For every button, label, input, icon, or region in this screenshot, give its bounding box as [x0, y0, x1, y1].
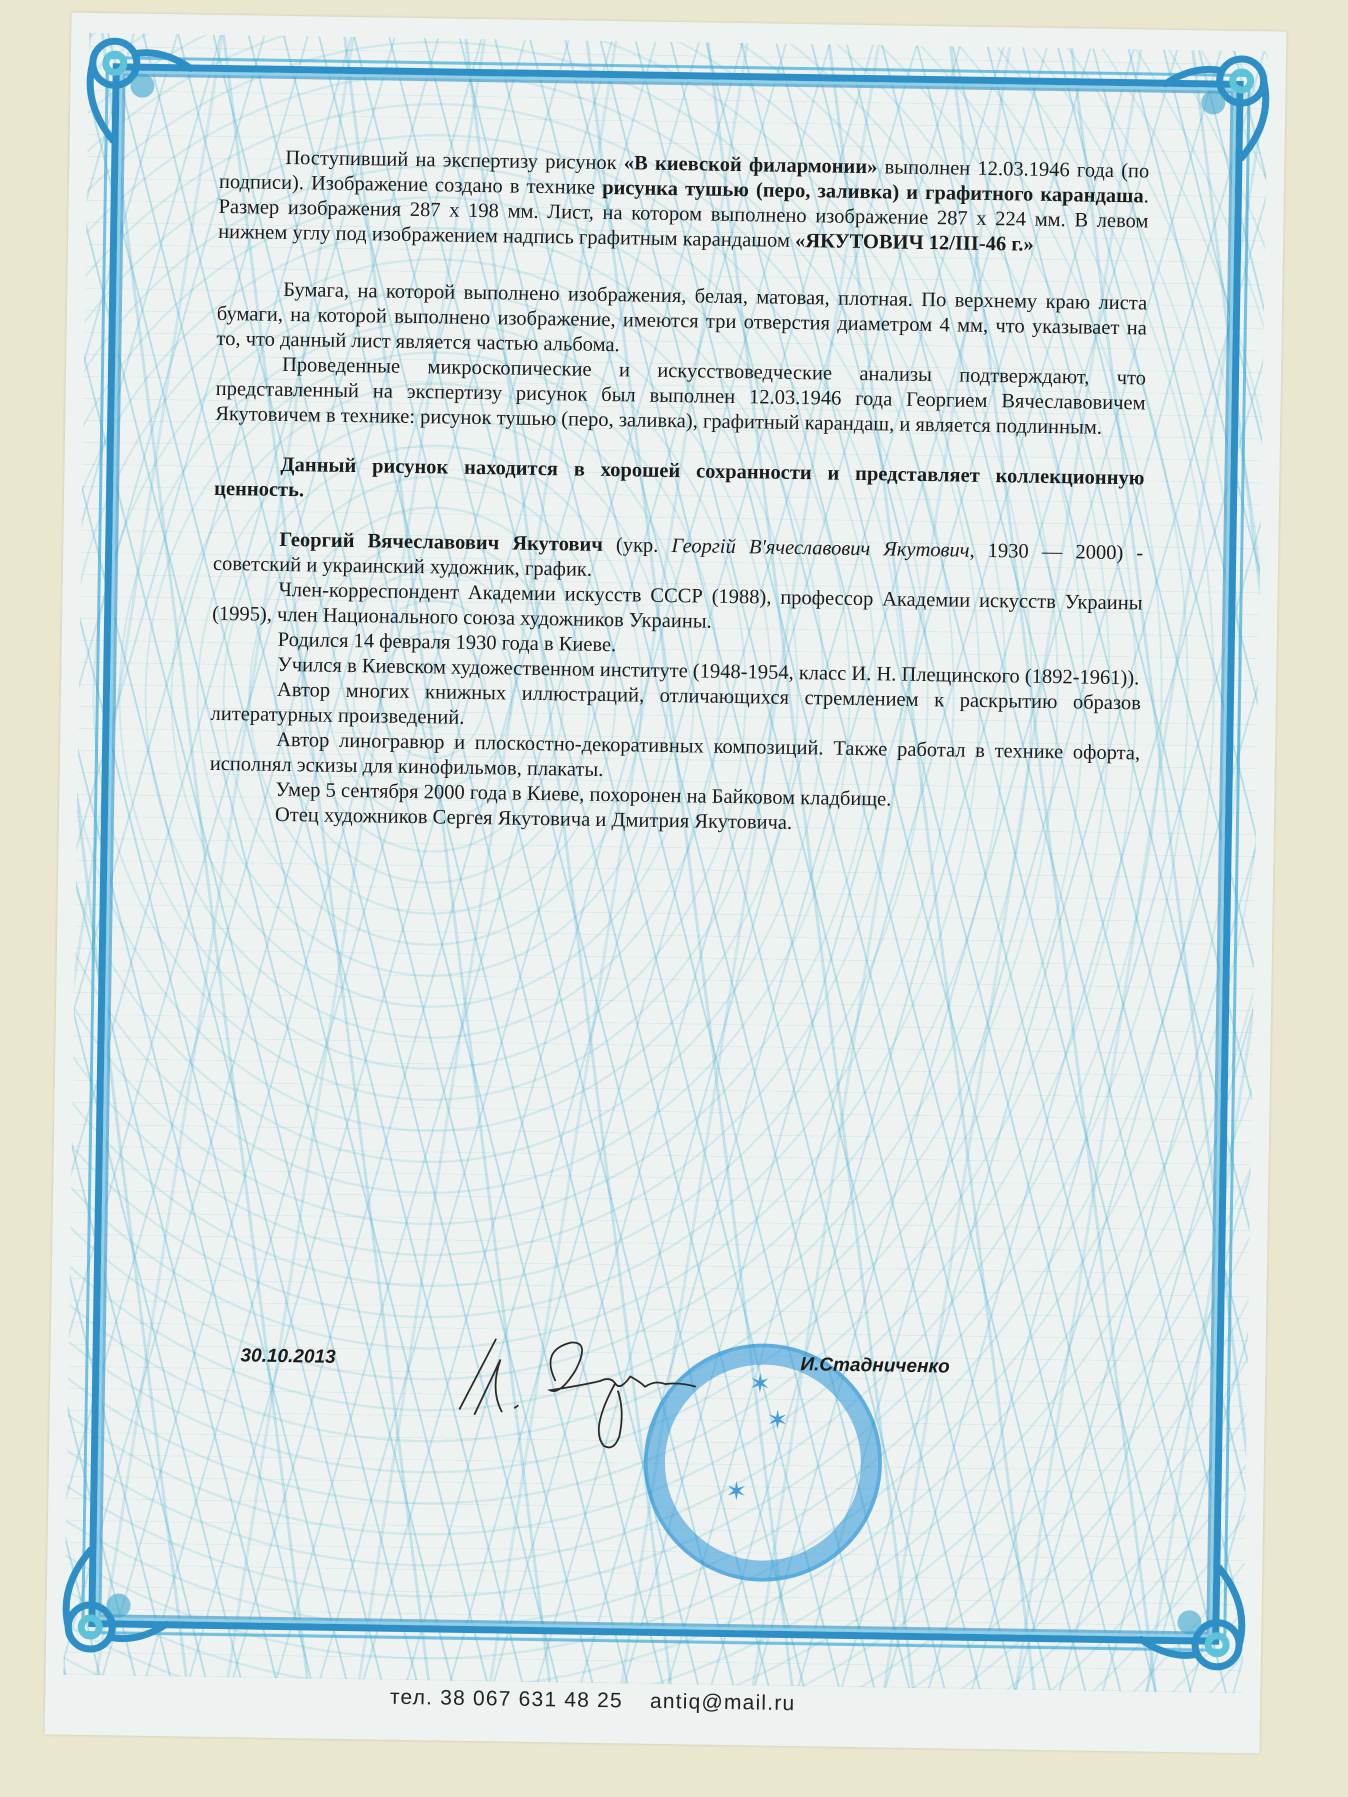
expert-name: И.Стадниченко — [800, 1354, 950, 1378]
star-icon: ✶ — [766, 1406, 788, 1436]
certificate-sheet: Поступивший на экспертизу рисунок «В кие… — [45, 13, 1287, 1754]
ornament-corner-icon — [72, 23, 194, 145]
certificate-body: Поступивший на экспертизу рисунок «В кие… — [209, 145, 1150, 842]
text-segment: Георгій В'ячеславович Якутович — [671, 535, 969, 562]
signature-date: 30.10.2013 — [240, 1345, 335, 1368]
email-address: antiq@mail.ru — [650, 1690, 796, 1715]
ornament-corner-icon — [48, 1546, 170, 1668]
text-segment: Родился 14 февраля 1930 года в Киеве. — [278, 629, 617, 656]
text-segment: Георгий Вячеславович Якутович — [279, 529, 603, 556]
paragraph-analysis: Проведенные микроскопические и искусство… — [215, 352, 1146, 442]
paragraph-paper: Бумага, на которой выполнено изображения… — [216, 277, 1147, 367]
paragraph-intro: Поступивший на экспертизу рисунок «В кие… — [218, 145, 1149, 260]
ornament-corner-icon — [1162, 40, 1284, 162]
text-segment: «В киевской филармонии» — [624, 152, 878, 178]
phone-number: тел. 38 067 631 48 25 — [390, 1686, 623, 1713]
text-segment: Проведенные микроскопические и искусство… — [215, 354, 1146, 439]
text-segment: Поступивший на экспертизу рисунок — [285, 147, 624, 174]
text-segment: (укр. — [603, 534, 672, 557]
text-segment: «ЯКУТОВИЧ 12/III-46 г.» — [795, 230, 1034, 256]
ornament-corner-icon — [1138, 1564, 1260, 1686]
star-icon: ✶ — [725, 1477, 747, 1507]
text-segment: Бумага, на которой выполнено изображения… — [216, 279, 1147, 356]
